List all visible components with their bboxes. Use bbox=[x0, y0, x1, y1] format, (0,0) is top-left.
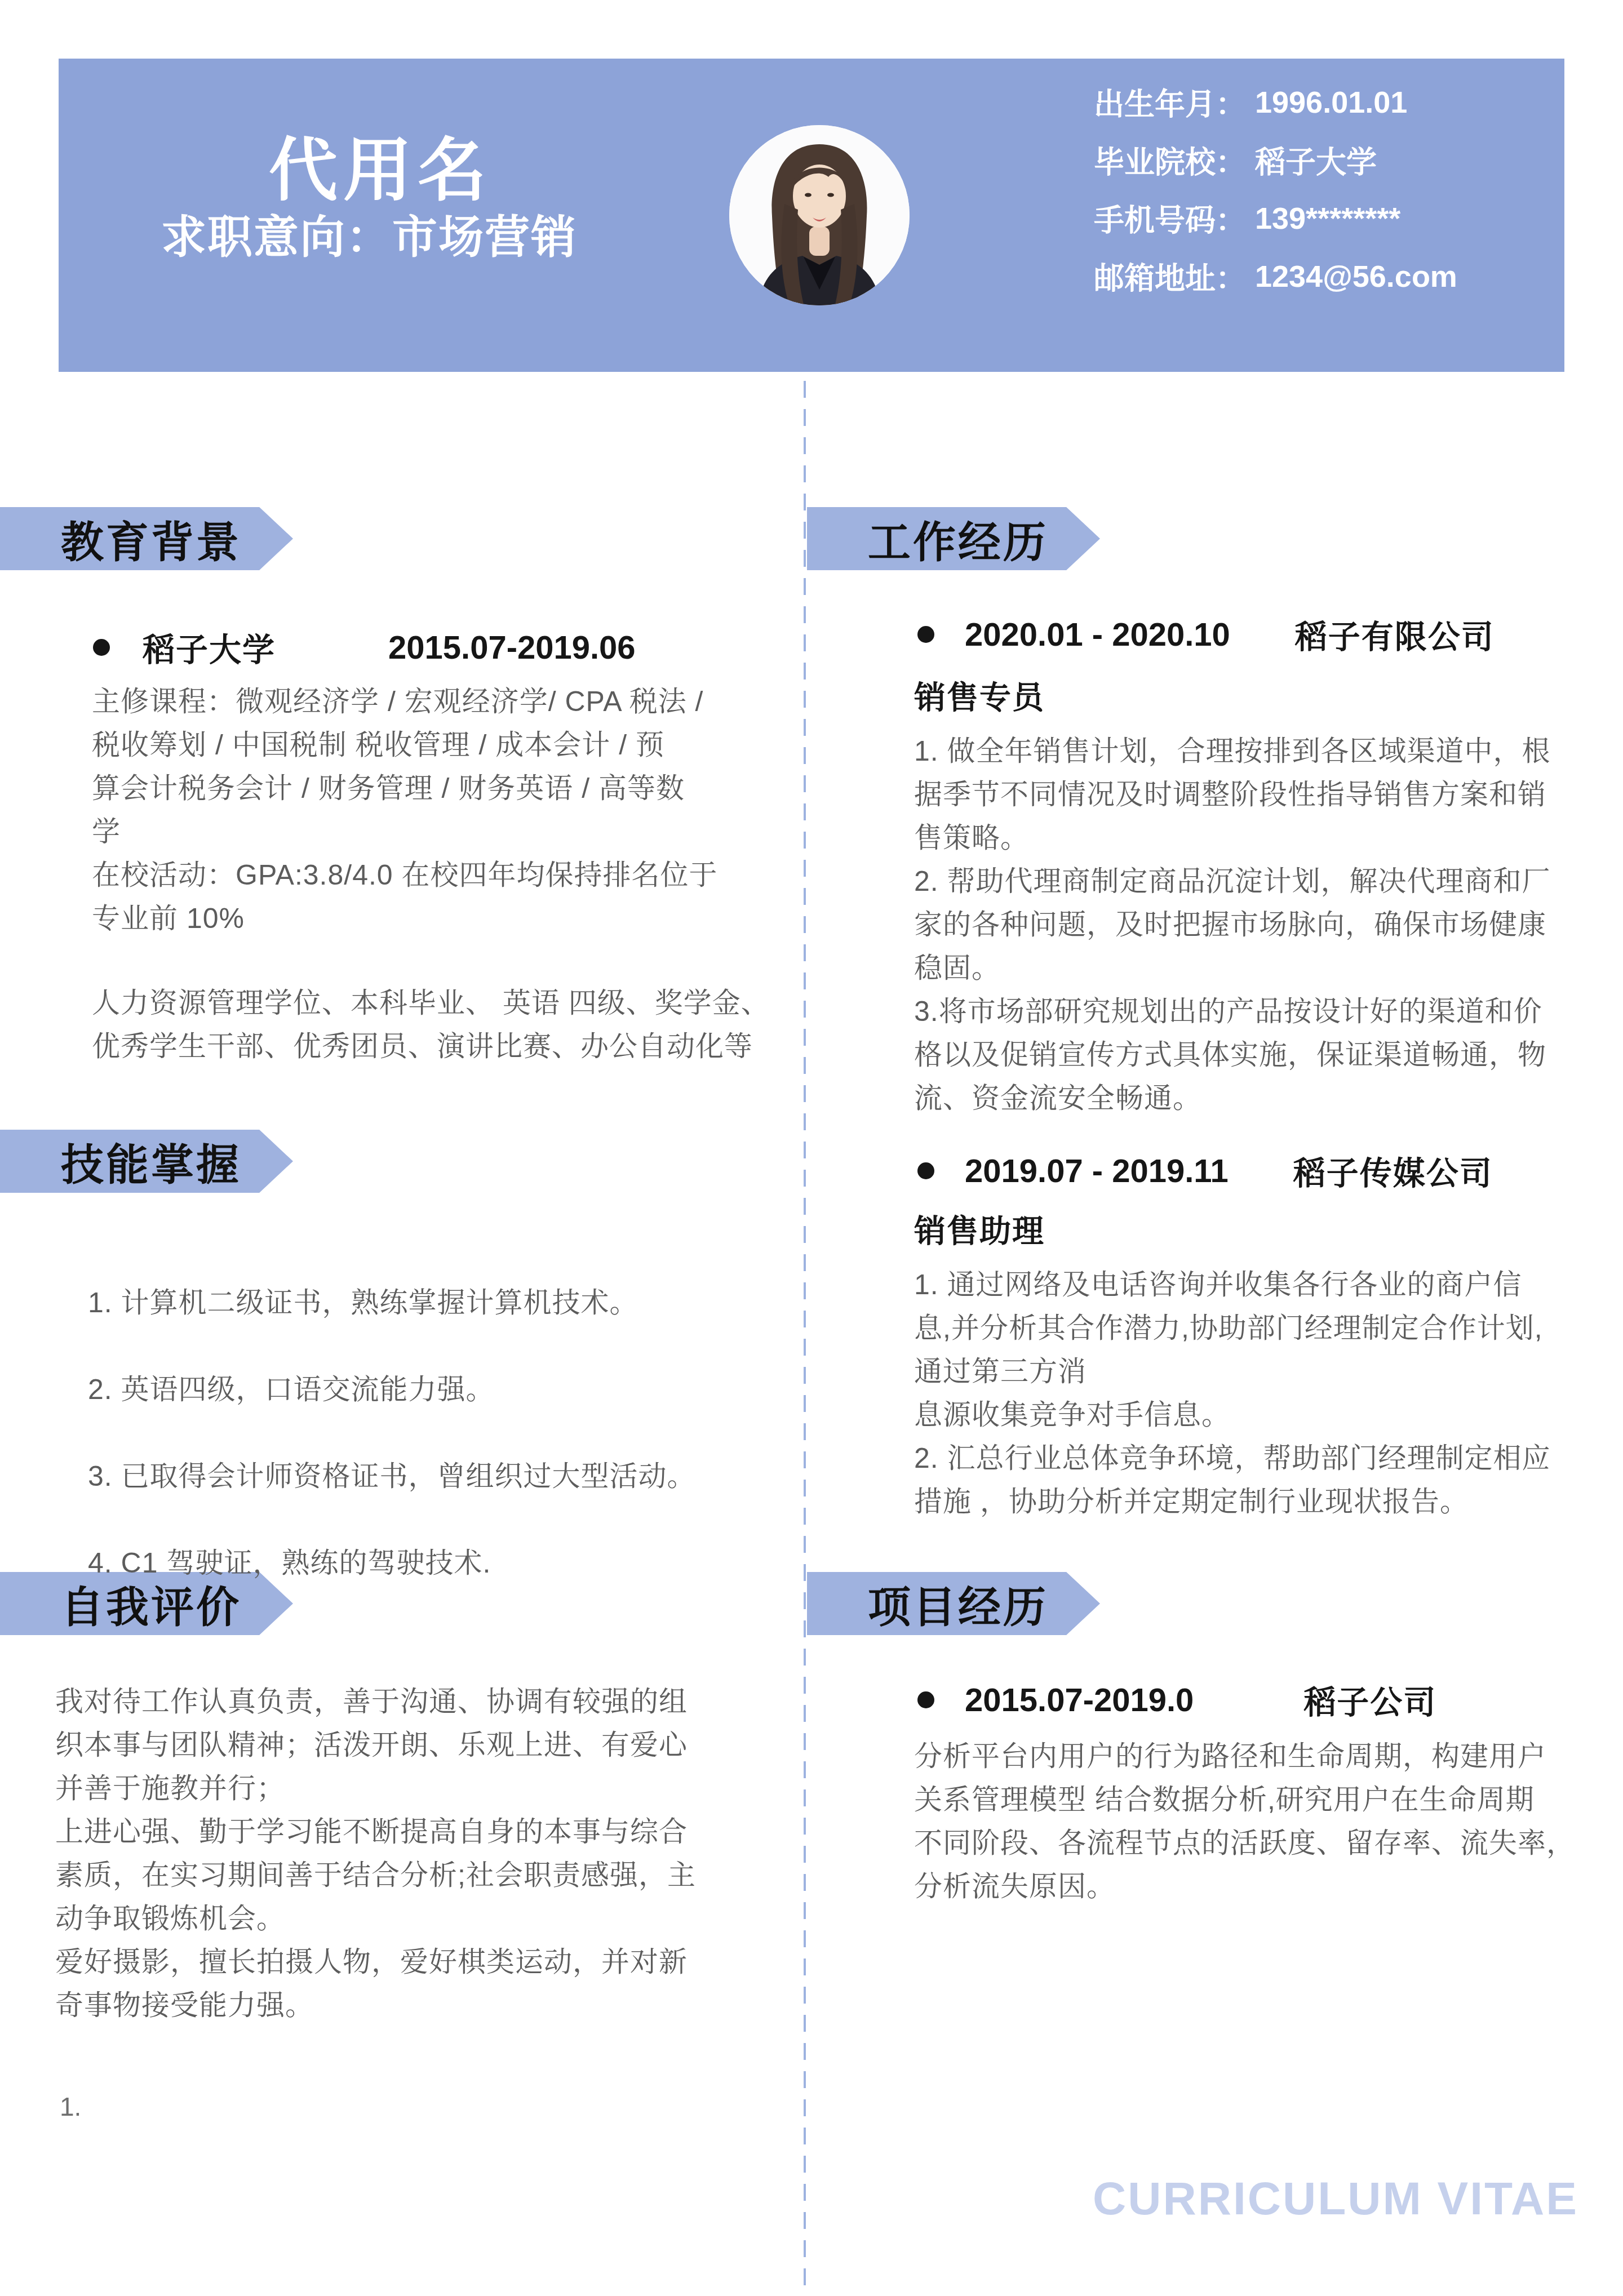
skill-item: 3. 已取得会计师资格证书，曾组织过大型活动。 bbox=[88, 1455, 812, 1498]
work-details-text: 1. 通过网络及电话咨询并收集各行各业的商户信 息,并分析其合作潜力,协助部门经… bbox=[914, 1263, 1610, 1524]
education-detail-text: 主修课程：微观经济学 / 宏观经济学/ CPA 税法 / 税收筹划 / 中国税制… bbox=[92, 680, 810, 940]
job-intent: 求职意向：市场营销 bbox=[161, 201, 577, 265]
bullet-dot-icon bbox=[917, 626, 934, 643]
skill-item: 4. C1 驾驶证，熟练的驾驶技术. bbox=[88, 1542, 812, 1585]
work-role: 销售专员 bbox=[914, 673, 1045, 718]
work-details-text: 1. 做全年销售计划，合理按排到各区域渠道中，根 据季节不同情况及时调整阶段性指… bbox=[914, 730, 1610, 1120]
contact-label: 出生年月： bbox=[1094, 81, 1246, 124]
work-entry-heading: 2019.07 - 2019.11 稻子传媒公司 bbox=[917, 1148, 1493, 1194]
work-period: 2020.01 - 2020.10 bbox=[965, 616, 1230, 654]
section-header-education: 教育背景 bbox=[0, 507, 293, 570]
skill-item: 1. 计算机二级证书，熟练掌握计算机技术。 bbox=[88, 1281, 812, 1325]
work-period: 2019.07 - 2019.11 bbox=[965, 1152, 1229, 1190]
project-entry-heading: 2015.07-2019.0 稻子公司 bbox=[917, 1677, 1436, 1723]
work-entry-heading: 2020.01 - 2020.10 稻子有限公司 bbox=[917, 611, 1495, 658]
contact-label: 毕业院校： bbox=[1094, 139, 1246, 182]
section-header-work-experience: 工作经历 bbox=[807, 507, 1100, 570]
avatar-illustration bbox=[729, 125, 910, 305]
contact-row-email: 邮箱地址： 1234@56.com bbox=[1094, 247, 1457, 305]
watermark-text: CURRICULUM VITAE bbox=[1085, 2173, 1586, 2226]
project-details-text: 分析平台内用户的行为路径和生命周期，构建用户 关系管理模型 结合数据分析,研究用… bbox=[914, 1735, 1610, 1908]
contact-value: 1234@56.com bbox=[1255, 259, 1457, 294]
bullet-dot-icon bbox=[93, 639, 110, 656]
project-company: 稻子公司 bbox=[1303, 1677, 1436, 1723]
contact-row-school: 毕业院校： 稻子大学 bbox=[1094, 131, 1457, 189]
skill-item: 2. 英语四级，口语交流能力强。 bbox=[88, 1368, 812, 1411]
candidate-name: 代用名 bbox=[269, 115, 492, 214]
contact-value: 139******** bbox=[1255, 201, 1400, 236]
skills-list: 1. 计算机二级证书，熟练掌握计算机技术。 2. 英语四级，口语交流能力强。 3… bbox=[88, 1238, 812, 1628]
profile-photo bbox=[729, 125, 910, 305]
education-school: 稻子大学 bbox=[143, 624, 276, 670]
contact-label: 手机号码： bbox=[1094, 197, 1246, 240]
section-header-project-experience: 项目经历 bbox=[807, 1572, 1100, 1635]
contact-label: 邮箱地址： bbox=[1094, 255, 1246, 298]
education-period: 2015.07-2019.06 bbox=[388, 629, 636, 667]
work-company: 稻子有限公司 bbox=[1295, 611, 1495, 658]
work-company: 稻子传媒公司 bbox=[1293, 1148, 1493, 1194]
bullet-dot-icon bbox=[917, 1691, 934, 1708]
self-evaluation-text: 我对待工作认真负责，善于沟通、协调有较强的组 织本事与团队精神；活泼开朗、乐观上… bbox=[55, 1680, 785, 2027]
work-role: 销售助理 bbox=[914, 1206, 1045, 1251]
contact-row-phone: 手机号码： 139******** bbox=[1094, 189, 1457, 247]
contact-value: 1996.01.01 bbox=[1255, 85, 1407, 120]
project-period: 2015.07-2019.0 bbox=[965, 1681, 1194, 1719]
bullet-dot-icon bbox=[917, 1162, 934, 1179]
contact-value: 稻子大学 bbox=[1255, 139, 1377, 182]
stray-footnote: 1. bbox=[60, 2091, 81, 2122]
education-honors-text: 人力资源管理学位、本科毕业、 英语 四级、奖学金、 优秀学生干部、优秀团员、演讲… bbox=[92, 982, 816, 1068]
contact-info: 出生年月： 1996.01.01 毕业院校： 稻子大学 手机号码： 139***… bbox=[1094, 73, 1457, 305]
resume-page: 代用名 求职意向：市场营销 出生年月： 1996.01.01 毕业院校： 稻子大… bbox=[0, 0, 1623, 2296]
education-entry-heading: 稻子大学 2015.07-2019.06 bbox=[93, 624, 636, 670]
section-header-skills: 技能掌握 bbox=[0, 1130, 293, 1193]
contact-row-birth: 出生年月： 1996.01.01 bbox=[1094, 73, 1457, 131]
